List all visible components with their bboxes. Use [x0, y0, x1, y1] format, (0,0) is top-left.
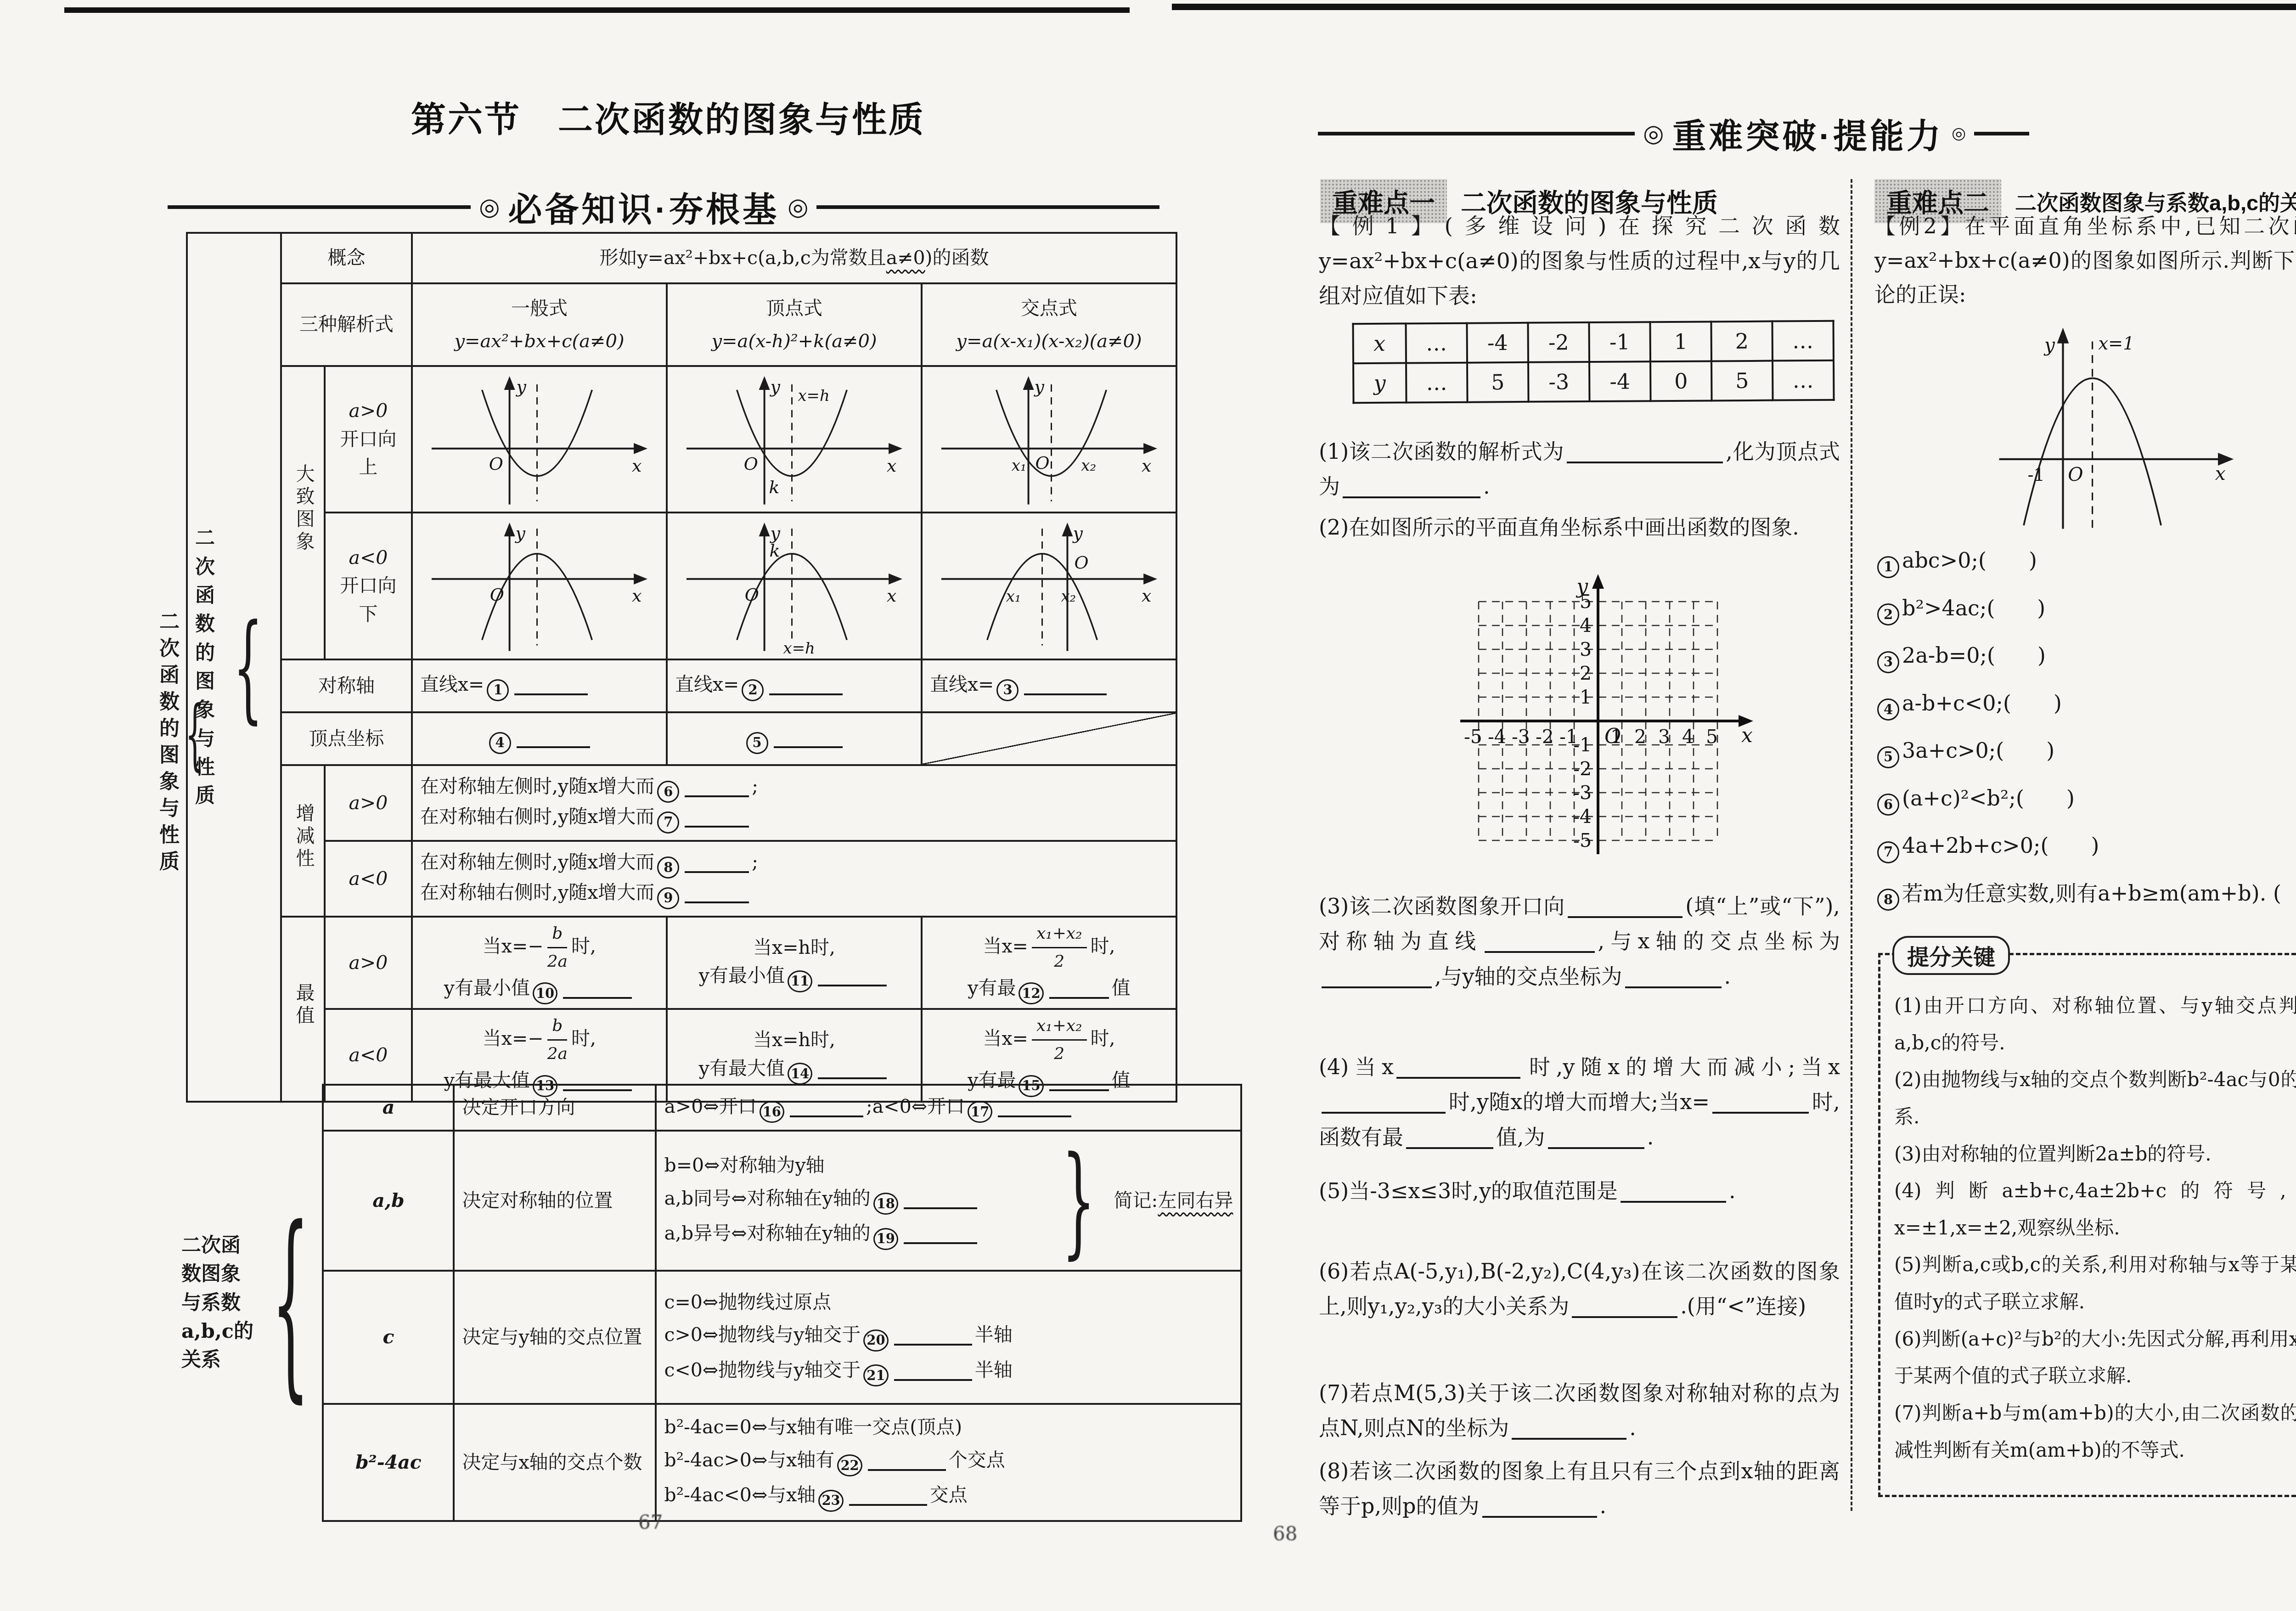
banner-rule	[168, 205, 471, 209]
sketch-cond-up: a>0 开口向上	[325, 366, 412, 513]
circled-number: 7	[1877, 841, 1899, 863]
svg-text:x: x	[1142, 586, 1151, 606]
page-number-left: 67	[638, 1511, 663, 1533]
blank-line	[818, 1057, 887, 1079]
blank-line	[1485, 931, 1595, 953]
vertex-cell-empty	[922, 712, 1176, 765]
svg-text:O: O	[1074, 552, 1088, 573]
row-label-forms: 三种解析式	[281, 283, 412, 366]
blank-line	[1567, 441, 1723, 463]
table-group-label-cell: 二次函数的图象与性质 {	[187, 233, 281, 1102]
blank-line	[769, 673, 843, 695]
coef-line: b=0⇔对称轴为y轴	[664, 1151, 1043, 1180]
circled-number: 4	[1877, 698, 1899, 721]
extreme-line: 当x=h时,	[675, 934, 913, 962]
circled-number: 5	[1877, 746, 1899, 768]
example-1-intro: 【例1】(多维设问)在探究二次函数y=ax²+bx+c(a≠0)的图象与性质的过…	[1319, 209, 1840, 314]
svg-text:y: y	[516, 377, 527, 397]
circled-number: 8	[657, 856, 679, 879]
tip-line: (1)由开口方向、对称轴位置、与y轴交点判断a,b,c的符号.	[1894, 987, 2296, 1061]
value-cell: -1	[1589, 322, 1650, 362]
blank-line	[685, 775, 749, 797]
blank-line	[868, 1449, 946, 1471]
circled-number: 22	[837, 1454, 862, 1476]
wavy-underlined-text: a≠0	[886, 247, 925, 269]
svg-text:y: y	[2043, 334, 2055, 356]
question-7: (7)若点M(5,3)关于该二次函数图象对称轴对称的点为点N,则点N的坐标为.	[1319, 1375, 1840, 1446]
svg-text:y: y	[1072, 523, 1083, 543]
blank-line	[517, 726, 590, 748]
svg-text:x=1: x=1	[2098, 333, 2134, 354]
svg-text:y: y	[515, 523, 526, 543]
circled-number: 18	[873, 1193, 898, 1215]
coef-key: a,b	[323, 1131, 454, 1271]
blank-line	[904, 1222, 977, 1244]
blank-line	[685, 805, 749, 828]
circled-number: 12	[1019, 982, 1043, 1004]
vertex-cell: 4	[412, 712, 667, 765]
value-cell: x	[1353, 323, 1406, 363]
form-formula: y=ax²+bx+c(a≠0)	[420, 327, 658, 355]
ring-icon: ◎	[1643, 122, 1664, 146]
circled-number: 1	[487, 679, 509, 701]
example-2-items: 1abc>0;( )2b²>4ac;( )32a-b=0;( )4a-b+c<0…	[1874, 544, 2296, 924]
circled-number: 16	[760, 1101, 784, 1123]
table2-group-label: 二次函数图象与系数a,b,c的关系	[181, 1231, 257, 1374]
graph-vertex-up: y x=h x O k	[667, 366, 922, 513]
svg-text:x: x	[2215, 462, 2226, 484]
value-cell: y	[1353, 363, 1407, 403]
form-formula: y=a(x-x₁)(x-x₂)(a≠0)	[930, 327, 1168, 355]
parabola-up-general-icon: y x O	[420, 371, 658, 508]
value-cell: …	[1406, 363, 1468, 403]
svg-text:x: x	[1741, 724, 1753, 747]
coef-line: b²-4ac=0⇔与x轴有唯一交点(顶点)	[664, 1413, 1233, 1442]
svg-text:x=h: x=h	[783, 640, 815, 655]
svg-text:O: O	[1035, 453, 1050, 473]
circled-number: 17	[968, 1101, 992, 1123]
question-4: (4)当x时,y随x的增大而减小;当x时,y随x的增大而增大;当x=时,函数有最…	[1319, 1049, 1840, 1155]
mono-cond: a>0	[325, 765, 412, 841]
circled-number: 23	[818, 1490, 843, 1512]
fraction: b2a	[547, 921, 568, 974]
value-cell: -2	[1528, 322, 1589, 362]
judgement-item: 4a-b+c<0;( )	[1874, 687, 2296, 721]
form-formula: y=a(x-h)²+k(a≠0)	[675, 327, 913, 355]
circled-number: 10	[533, 982, 557, 1004]
svg-text:-3: -3	[1512, 726, 1530, 748]
svg-text:-4: -4	[1488, 726, 1506, 748]
vertex-cell: 5	[667, 712, 922, 765]
fraction: x₁+x₂2	[1032, 1014, 1087, 1066]
column-divider	[1851, 179, 1852, 1511]
svg-text:x₁: x₁	[1006, 588, 1021, 606]
blank-line	[1548, 1127, 1644, 1149]
circled-number: 20	[863, 1329, 888, 1352]
blank-line	[1343, 476, 1480, 498]
svg-text:y: y	[1034, 377, 1045, 397]
mono-cond: a<0	[325, 841, 412, 917]
ring-icon: ◎	[1952, 125, 1966, 142]
svg-text:x=h: x=h	[798, 387, 829, 405]
judgement-item: 74a+2b+c>0;( )	[1874, 829, 2296, 863]
coef-key: c	[323, 1271, 454, 1404]
svg-text:-1: -1	[2028, 465, 2045, 485]
blank-line	[774, 726, 843, 748]
extreme-cell: 当x=−b2a时, y有最小值10	[412, 917, 667, 1009]
svg-text:-5: -5	[1573, 829, 1592, 851]
graph-general-up: y x O	[412, 366, 667, 513]
extreme-line: y有最大值14	[675, 1054, 913, 1085]
table-group-label: 二次函数的图象与性质	[195, 524, 223, 810]
blank-line	[1322, 1092, 1446, 1114]
graph-intercept-up: y x O x₁ x₂	[922, 366, 1176, 513]
blank-line	[790, 1095, 863, 1117]
form-name: 顶点式	[675, 294, 913, 323]
row-label-mono: 增减性	[281, 765, 325, 917]
blank-line	[894, 1324, 972, 1346]
coef-lines: b=0⇔对称轴为y轴 a,b同号⇔对称轴在y轴的18 a,b异号⇔对称轴在y轴的…	[664, 1147, 1043, 1255]
svg-text:1: 1	[1580, 686, 1592, 708]
svg-text:3: 3	[1658, 726, 1670, 748]
note-brace: }	[1062, 1140, 1095, 1261]
banner-rule	[1318, 132, 1635, 135]
graph-vertex-down: y x O k x=h	[667, 513, 922, 659]
sketch-cond-down: a<0 开口向下	[325, 513, 412, 659]
circled-number: 21	[863, 1364, 888, 1386]
example-2-intro: 【例2】在平面直角坐标系中,已知二次函数y=ax²+bx+c(a≠0)的图象如图…	[1874, 209, 2296, 312]
svg-text:-5: -5	[1464, 726, 1482, 748]
scanned-workbook-spread: { "left_page": { "section_title": "第六节 二…	[0, 0, 2296, 1611]
svg-text:O: O	[489, 454, 503, 474]
tip-lines: (1)由开口方向、对称轴位置、与y轴交点判断a,b,c的符号.(2)由抛物线与x…	[1894, 987, 2296, 1469]
value-cell: 0	[1650, 361, 1712, 401]
value-cell: -4	[1589, 361, 1651, 401]
banner-rule	[1974, 132, 2029, 135]
row-label-concept: 概念	[281, 233, 412, 283]
question-2: (2)在如图所示的平面直角坐标系中画出函数的图象.	[1319, 510, 1840, 545]
coef-desc: 决定对称轴的位置	[454, 1131, 656, 1271]
ring-icon: ◎	[479, 195, 500, 219]
coef-line: b²-4ac>0⇔与x轴有22个交点	[664, 1446, 1233, 1477]
coef-note: 简记:左同右异	[1114, 1187, 1233, 1215]
circled-number: 5	[746, 732, 768, 754]
mono-content-down: 在对称轴左侧时,y随x增大而8; 在对称轴右侧时,y随x增大而9	[412, 841, 1176, 917]
tip-line: (6)判断(a+c)²与b²的大小:先因式分解,再利用x等于某两个值的式子联立求…	[1894, 1321, 2296, 1395]
tip-line: (4)判断a±b+c,4a±2b+c的符号,令x=±1,x=±2,观察纵坐标.	[1894, 1172, 2296, 1246]
extreme-line: 当x=−b2a时,	[420, 921, 658, 974]
value-cell: -3	[1528, 362, 1590, 402]
parabola-down-intercept-icon: y x O x₁ x₂	[930, 517, 1168, 654]
form-name: 一般式	[420, 294, 658, 323]
blank-line	[1625, 966, 1722, 988]
blank-line	[1024, 673, 1107, 695]
graph-intercept-down: y x O x₁ x₂	[922, 513, 1176, 659]
extreme-cond: a>0	[325, 917, 412, 1009]
coordinate-grid: -5-4-3-2-11234554321-1-2-3-4-5Oyx	[1437, 569, 1759, 873]
score-tip-box: 提分关键 (1)由开口方向、对称轴位置、与y轴交点判断a,b,c的符号.(2)由…	[1878, 953, 2296, 1497]
value-cell: …	[1406, 323, 1467, 363]
svg-text:y: y	[1576, 575, 1588, 598]
judgement-item: 1abc>0;( )	[1874, 544, 2296, 578]
example-2-graph: y x=1 x O -1	[1988, 317, 2245, 533]
coef-content: b²-4ac=0⇔与x轴有唯一交点(顶点) b²-4ac>0⇔与x轴有22个交点…	[656, 1404, 1241, 1521]
parabola-down-vertex-icon: y x O k x=h	[675, 517, 913, 654]
value-cell: -4	[1467, 323, 1528, 363]
concept-text: 形如y=ax²+bx+c(a,b,c为常数且a≠0)的函数	[412, 233, 1176, 283]
knowledge-banner: ◎ 必备知识·夯根基 ◎	[168, 183, 1159, 231]
value-cell: 1	[1650, 321, 1711, 361]
coef-desc: 决定开口方向	[454, 1085, 656, 1131]
extreme-line: 当x=−b2a时,	[420, 1014, 658, 1066]
tip-box-label: 提分关键	[1892, 936, 2010, 975]
coef-line: c>0⇔抛物线与y轴交于20半轴	[664, 1321, 1233, 1352]
svg-text:-2: -2	[1573, 758, 1592, 780]
row-label-axis: 对称轴	[281, 659, 412, 712]
fraction: x₁+x₂2	[1032, 921, 1087, 974]
properties-table: 二次函数的图象与性质 { 概念 形如y=ax²+bx+c(a,b,c为常数且a≠…	[186, 232, 1177, 1103]
parabola-down-general-icon: y x O	[420, 517, 658, 654]
question-1: (1)该二次函数的解析式为,化为顶点式为.	[1319, 434, 1840, 504]
svg-text:k: k	[769, 477, 780, 497]
circled-number: 9	[657, 887, 679, 909]
banner-title: 必备知识·夯根基	[508, 183, 779, 231]
value-cell: 5	[1467, 362, 1529, 402]
blank-line	[1406, 1127, 1493, 1149]
blank-line	[1396, 1057, 1520, 1079]
coef-desc: 决定与x轴的交点个数	[454, 1404, 656, 1521]
mono-line: 在对称轴左侧时,y随x增大而6;	[420, 772, 1168, 803]
svg-text:x₂: x₂	[1061, 588, 1076, 606]
form-vertex: 顶点式 y=a(x-h)²+k(a≠0)	[667, 283, 922, 366]
svg-text:4: 4	[1580, 614, 1592, 637]
svg-text:-3: -3	[1573, 782, 1592, 804]
blank-line	[1482, 1496, 1597, 1518]
section-title: 第六节 二次函数的图象与性质	[411, 92, 925, 142]
circled-number: 4	[489, 732, 511, 754]
coefficients-table: a 决定开口方向 a>0⇔开口16;a<0⇔开口17 a,b 决定对称轴的位置 …	[322, 1084, 1242, 1522]
breakthrough-banner: ◎ 重难突破·提能力 ◎	[1318, 109, 2140, 158]
blank-line	[1322, 966, 1432, 988]
ring-icon: ◎	[788, 195, 808, 219]
xy-values-table: x…-4-2-112…y…5-3-405…	[1352, 320, 1835, 404]
mono-line: 在对称轴右侧时,y随x增大而9	[420, 879, 1168, 909]
wavy-underlined-text: 左同右异	[1158, 1189, 1233, 1211]
mono-line: 在对称轴右侧时,y随x增大而7	[420, 803, 1168, 834]
blank-line	[514, 673, 588, 695]
coef-desc: 决定与y轴的交点位置	[454, 1271, 656, 1404]
svg-text:O: O	[2068, 463, 2083, 485]
parabola-up-vertex-icon: y x=h x O k	[675, 371, 913, 508]
svg-text:x₁: x₁	[1012, 457, 1027, 475]
blank-line	[1568, 896, 1683, 918]
blank-line	[1512, 1418, 1626, 1440]
question-5: (5)当-3≤x≤3时,y的取值范围是.	[1319, 1173, 1840, 1208]
circled-number: 2	[1877, 603, 1899, 625]
value-cell: 2	[1711, 321, 1773, 361]
banner-rule	[816, 205, 1159, 209]
svg-text:4: 4	[1682, 726, 1694, 748]
row-label-vertex: 顶点坐标	[281, 712, 412, 765]
group-brace: {	[271, 1201, 310, 1404]
coef-content: c=0⇔抛物线过原点 c>0⇔抛物线与y轴交于20半轴 c<0⇔抛物线与y轴交于…	[656, 1271, 1241, 1404]
judgement-item: 8若m为任意实数,则有a+b≥m(am+b). ( )	[1874, 877, 2296, 911]
circled-number: 7	[657, 811, 679, 834]
axis-cell: 直线x=1	[412, 659, 667, 712]
circled-number: 19	[873, 1228, 898, 1250]
svg-text:-4: -4	[1573, 805, 1592, 828]
question-6: (6)若点A(-5,y₁),B(-2,y₂),C(4,y₃)在该二次函数的图象上…	[1319, 1254, 1840, 1324]
circled-number: 8	[1877, 889, 1899, 911]
form-intercept: 交点式 y=a(x-x₁)(x-x₂)(a≠0)	[922, 283, 1176, 366]
page-number-right: 68	[1273, 1522, 1297, 1545]
coef-key: b²-4ac	[323, 1404, 454, 1521]
coef-content: b=0⇔对称轴为y轴 a,b同号⇔对称轴在y轴的18 a,b异号⇔对称轴在y轴的…	[656, 1131, 1241, 1271]
chapter-side-label: 二次函数的图象与性质	[152, 611, 182, 877]
coefficients-table-wrap: 二次函数图象与系数a,b,c的关系 { a 决定开口方向 a>0⇔开口16;a<…	[181, 1084, 1242, 1522]
svg-text:3: 3	[1580, 638, 1592, 660]
judgement-item: 2b²>4ac;( )	[1874, 592, 2296, 626]
svg-text:O: O	[490, 585, 504, 605]
extreme-line: 当x=x₁+x₂2时,	[930, 921, 1168, 974]
blank-line	[1572, 1296, 1677, 1318]
svg-text:x: x	[632, 456, 642, 476]
tip-line: (3)由对称轴的位置判断2a±b的符号.	[1894, 1136, 2296, 1173]
svg-text:O: O	[745, 585, 759, 605]
axis-cell: 直线x=2	[667, 659, 922, 712]
blank-line	[1712, 1092, 1809, 1114]
mono-content-up: 在对称轴左侧时,y随x增大而6; 在对称轴右侧时,y随x增大而7	[412, 765, 1176, 841]
tip-line: (2)由抛物线与x轴的交点个数判断b²-4ac与0的关系.	[1894, 1061, 2296, 1135]
judgement-item: 53a+c>0;( )	[1874, 734, 2296, 768]
blank-line	[685, 881, 749, 903]
extreme-line: y有最12值	[930, 974, 1168, 1005]
parabola-up-intercept-icon: y x O x₁ x₂	[930, 371, 1168, 508]
svg-text:-2: -2	[1536, 726, 1554, 748]
mono-line: 在对称轴左侧时,y随x增大而8;	[420, 848, 1168, 879]
extreme-line: 当x=x₁+x₂2时,	[930, 1014, 1168, 1066]
value-cell: …	[1772, 321, 1834, 361]
blank-line	[998, 1095, 1071, 1117]
svg-text:5: 5	[1706, 726, 1718, 748]
question-3: (3)该二次函数图象开口向(填“上”或“下”),对称轴为直线,与x轴的交点坐标为…	[1319, 889, 1840, 994]
svg-text:2: 2	[1634, 726, 1646, 748]
coef-line: a,b同号⇔对称轴在y轴的18	[664, 1184, 1043, 1215]
svg-text:x: x	[887, 586, 896, 606]
form-general: 一般式 y=ax²+bx+c(a≠0)	[412, 283, 667, 366]
extreme-line: y有最小值10	[420, 974, 658, 1005]
circled-number: 11	[788, 970, 812, 992]
coef-line: a,b异号⇔对称轴在y轴的19	[664, 1219, 1043, 1250]
blank-line	[894, 1359, 972, 1381]
blank-line	[1621, 1181, 1726, 1203]
scan-artifact-line	[64, 7, 1130, 13]
circled-number: 6	[657, 781, 679, 803]
blank-line	[904, 1187, 977, 1209]
svg-text:x: x	[1142, 456, 1151, 476]
row-label-extreme: 最值	[281, 917, 325, 1102]
extreme-cell: 当x=x₁+x₂2时, y有最12值	[922, 917, 1176, 1009]
graph-general-down: y x O	[412, 513, 667, 659]
blank-line	[849, 1484, 927, 1506]
axis-cell: 直线x=3	[922, 659, 1176, 712]
svg-text:x: x	[632, 586, 642, 606]
svg-text:O: O	[1604, 725, 1621, 748]
blank-line	[563, 977, 632, 999]
value-cell: …	[1773, 361, 1834, 400]
value-cell: 5	[1711, 361, 1773, 401]
blank-line	[685, 851, 749, 873]
tip-line: (5)判断a,c或b,c的关系,利用对称轴与x等于某个值时y的式子联立求解.	[1894, 1246, 2296, 1320]
question-8: (8)若该二次函数的图象上有且只有三个点到x轴的距离等于p,则p的值为.	[1319, 1453, 1840, 1524]
circled-number: 6	[1877, 794, 1899, 816]
fraction: b2a	[547, 1014, 568, 1066]
svg-text:x₂: x₂	[1081, 457, 1096, 475]
coef-line: c=0⇔抛物线过原点	[664, 1288, 1233, 1317]
extreme-line: 当x=h时,	[675, 1026, 913, 1054]
row-label-sketch: 大致图象	[281, 366, 325, 659]
svg-text:y: y	[770, 377, 781, 397]
svg-text:-1: -1	[1573, 734, 1592, 756]
coef-key: a	[323, 1085, 454, 1131]
tip-line: (7)判断a+b与m(am+b)的大小,由二次函数的增减性判断有关m(am+b)…	[1894, 1395, 2296, 1469]
blank-line	[1049, 977, 1109, 999]
group-brace: {	[233, 608, 263, 726]
coef-line: c<0⇔抛物线与y轴交于21半轴	[664, 1356, 1233, 1387]
svg-text:O: O	[744, 454, 758, 474]
coef-line: b²-4ac<0⇔与x轴23交点	[664, 1481, 1233, 1512]
scan-artifact-line	[1172, 4, 2296, 10]
circled-number: 14	[788, 1063, 812, 1085]
circled-number: 1	[1877, 556, 1899, 578]
circled-number: 2	[742, 679, 764, 701]
svg-text:k: k	[770, 541, 780, 561]
svg-text:2: 2	[1580, 662, 1592, 684]
judgement-item: 6(a+c)²<b²;( )	[1874, 782, 2296, 816]
form-name: 交点式	[930, 294, 1168, 323]
blank-line	[818, 964, 887, 986]
circled-number: 3	[1877, 651, 1899, 673]
coef-content: a>0⇔开口16;a<0⇔开口17	[656, 1085, 1241, 1131]
banner-title: 重难突破·提能力	[1672, 109, 1943, 158]
judgement-item: 32a-b=0;( )	[1874, 639, 2296, 673]
svg-text:x: x	[887, 456, 896, 476]
extreme-line: y有最小值11	[675, 962, 913, 992]
circled-number: 3	[996, 679, 1019, 701]
extreme-cell: 当x=h时, y有最小值11	[667, 917, 922, 1009]
